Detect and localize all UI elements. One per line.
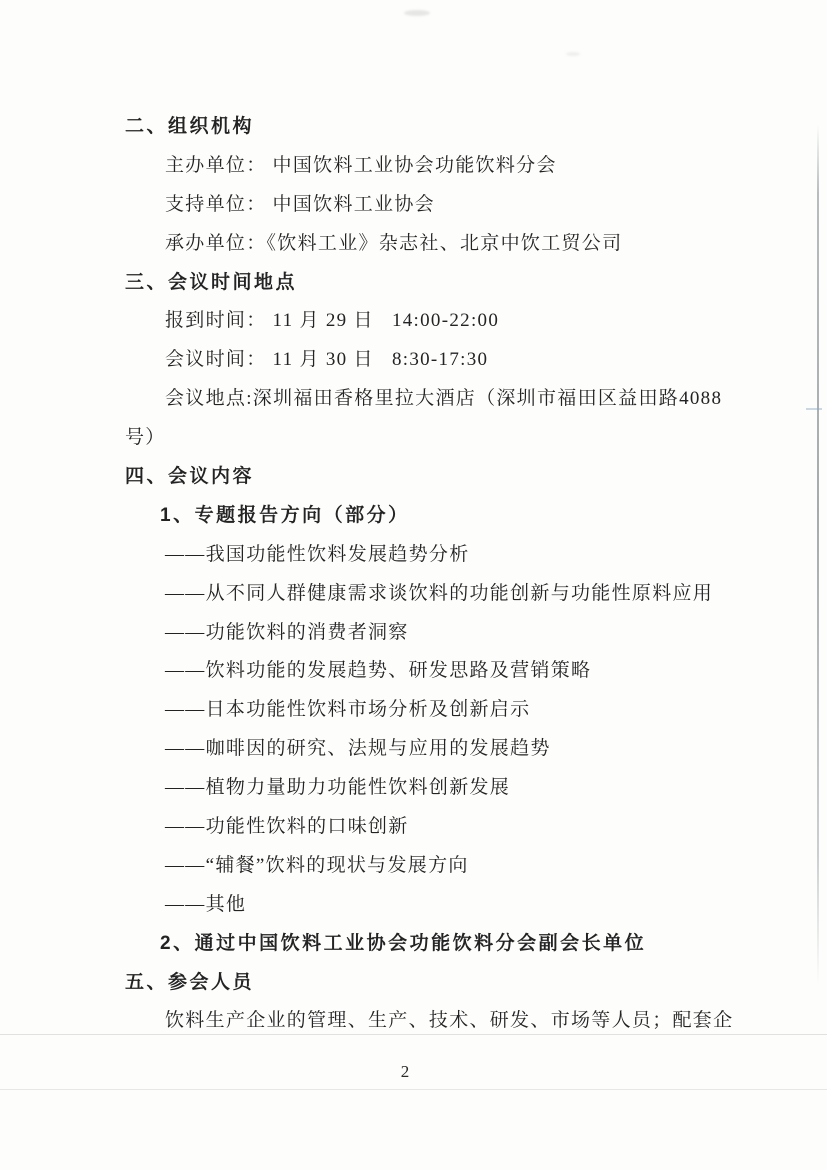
list-item-topic: ——“辅餐”饮料的现状与发展方向 [125, 847, 785, 886]
section-heading-organization: 二、组织机构 [125, 108, 785, 147]
page-number: 2 [0, 1062, 810, 1082]
list-item-topic: ——日本功能性饮料市场分析及创新启示 [125, 691, 785, 730]
body-line-support-unit: 支持单位： 中国饮料工业协会 [125, 186, 785, 225]
list-item-topic: ——其他 [125, 886, 785, 925]
list-item-topic: ——从不同人群健康需求谈饮料的功能创新与功能性原料应用 [125, 575, 785, 614]
document-body: 二、组织机构 主办单位： 中国饮料工业协会功能饮料分会 支持单位： 中国饮料工业… [125, 108, 785, 1041]
section-heading-meeting-content: 四、会议内容 [125, 458, 785, 497]
body-line-host-unit: 主办单位： 中国饮料工业协会功能饮料分会 [125, 147, 785, 186]
section-heading-participants: 五、参会人员 [125, 964, 785, 1003]
list-item-topic: ——我国功能性饮料发展趋势分析 [125, 536, 785, 575]
subsection-heading-vice-president: 2、通过中国饮料工业协会功能饮料分会副会长单位 [125, 925, 785, 964]
list-item-topic: ——功能饮料的消费者洞察 [125, 614, 785, 653]
body-line-organizer-unit: 承办单位：《饮料工业》杂志社、北京中饮工贸公司 [125, 225, 785, 264]
body-line-meeting-place-wrap: 号） [125, 419, 785, 458]
body-line-checkin-time: 报到时间： 11 月 29 日 14:00-22:00 [125, 302, 785, 341]
body-line-participants: 饮料生产企业的管理、生产、技术、研发、市场等人员；配套企 [125, 1002, 785, 1041]
section-heading-time-place: 三、会议时间地点 [125, 264, 785, 303]
body-line-meeting-time: 会议时间： 11 月 30 日 8:30-17:30 [125, 341, 785, 380]
list-item-topic: ——功能性饮料的口味创新 [125, 808, 785, 847]
scan-smudge-artifact [404, 10, 430, 16]
scan-edge-line-artifact [817, 125, 819, 985]
scan-streak-artifact [0, 1089, 827, 1090]
list-item-topic: ——植物力量助力功能性饮料创新发展 [125, 769, 785, 808]
subsection-heading-report-topics: 1、专题报告方向（部分） [125, 497, 785, 536]
scanned-document-page: 二、组织机构 主办单位： 中国饮料工业协会功能饮料分会 支持单位： 中国饮料工业… [0, 0, 827, 1170]
scan-blue-tick-artifact [806, 408, 822, 410]
scan-smudge-artifact [566, 52, 580, 56]
body-line-meeting-place: 会议地点:深圳福田香格里拉大酒店（深圳市福田区益田路4088 [125, 380, 785, 419]
list-item-topic: ——咖啡因的研究、法规与应用的发展趋势 [125, 730, 785, 769]
list-item-topic: ——饮料功能的发展趋势、研发思路及营销策略 [125, 652, 785, 691]
